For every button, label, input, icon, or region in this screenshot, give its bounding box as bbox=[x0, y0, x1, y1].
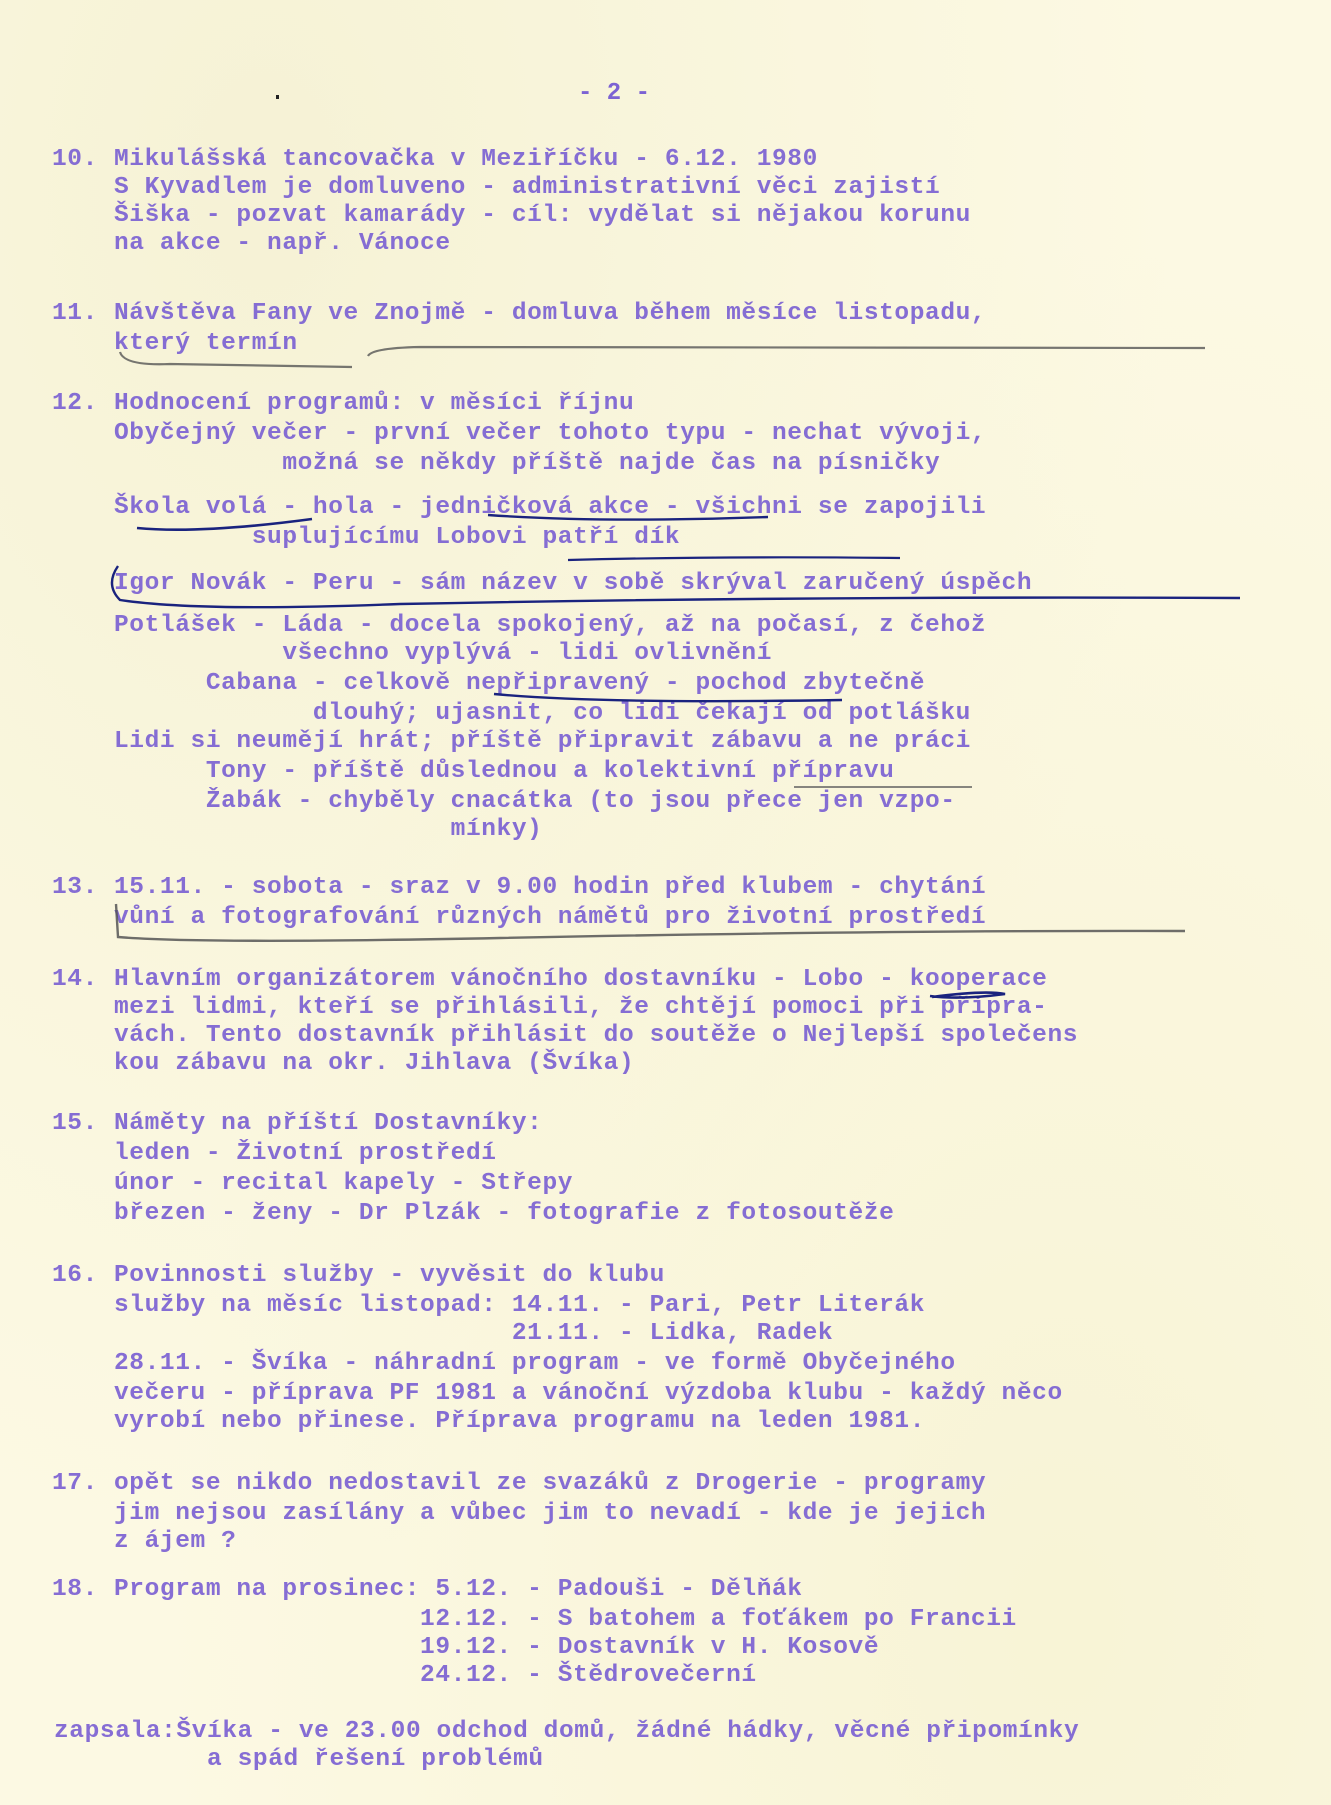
item-12-line-8: všechno vyplývá - lidi ovlivnění bbox=[114, 640, 772, 668]
item-number-13: 13. bbox=[52, 874, 98, 902]
item-16-line-4: 28.11. - Švíka - náhradní program - ve f… bbox=[114, 1350, 956, 1378]
item-number-15: 15. bbox=[52, 1110, 98, 1138]
item-10-line-1: Mikulášská tancovačka v Meziříčku - 6.12… bbox=[114, 146, 818, 174]
item-12-line-14: mínky) bbox=[114, 816, 542, 844]
ink-speck bbox=[276, 95, 279, 99]
item-15-line-4: březen - ženy - Dr Plzák - fotografie z … bbox=[114, 1200, 894, 1228]
item-12-line-4: Škola volá - hola - jedničková akce - vš… bbox=[114, 494, 986, 522]
item-12-line-6: Igor Novák - Peru - sám název v sobě skr… bbox=[114, 570, 1032, 598]
page-number: - 2 - bbox=[578, 80, 650, 107]
item-16-line-3: 21.11. - Lidka, Radek bbox=[114, 1320, 833, 1348]
item-12-line-7: Potlášek - Láda - docela spokojený, až n… bbox=[114, 612, 986, 640]
footer-line-1: zapsala:Švíka - ve 23.00 odchod domů, žá… bbox=[54, 1718, 1079, 1746]
item-12-line-9: Cabana - celkově nepřipravený - pochod z… bbox=[114, 670, 925, 698]
item-number-11: 11. bbox=[52, 300, 98, 328]
item-12-line-12: Tony - příště důslednou a kolektivní pří… bbox=[114, 758, 894, 786]
footer-line-2: a spád řešení problémů bbox=[54, 1746, 544, 1774]
item-13-line-2: vůní a fotografování různých námětů pro … bbox=[114, 904, 986, 932]
item-12-line-11: Lidi si neumějí hrát; příště připravit z… bbox=[114, 728, 971, 756]
item-10-line-3: Šiška - pozvat kamarády - cíl: vydělat s… bbox=[114, 202, 971, 230]
item-14-line-4: kou zábavu na okr. Jihlava (Švíka) bbox=[114, 1050, 634, 1078]
item-12-line-10: dlouhý; ujasnit, co lidi čekají od potlá… bbox=[114, 700, 971, 728]
item-12-line-5: suplujícímu Lobovi patří dík bbox=[114, 524, 680, 552]
item-number-17: 17. bbox=[52, 1470, 98, 1498]
item-13-line-1: 15.11. - sobota - sraz v 9.00 hodin před… bbox=[114, 874, 986, 902]
item-number-14: 14. bbox=[52, 966, 98, 994]
item-11-line-1: Návštěva Fany ve Znojmě - domluva během … bbox=[114, 300, 986, 328]
item-14-line-1: Hlavním organizátorem vánočního dostavní… bbox=[114, 966, 1047, 994]
item-12-line-3: možná se někdy příště najde čas na písni… bbox=[114, 450, 940, 478]
item-number-10: 10. bbox=[52, 146, 98, 174]
item-18-line-2: 12.12. - S batohem a foťákem po Francii bbox=[114, 1606, 1017, 1634]
item-14-line-3: vách. Tento dostavník přihlásit do soutě… bbox=[114, 1022, 1078, 1050]
item-number-12: 12. bbox=[52, 390, 98, 418]
item-10-line-4: na akce - např. Vánoce bbox=[114, 230, 451, 258]
item-18-line-3: 19.12. - Dostavník v H. Kosově bbox=[114, 1634, 879, 1662]
item-17-line-1: opět se nikdo nedostavil ze svazáků z Dr… bbox=[114, 1470, 986, 1498]
item-18-line-1: Program na prosinec: 5.12. - Padouši - D… bbox=[114, 1576, 803, 1604]
item-16-line-5: večeru - příprava PF 1981 a vánoční výzd… bbox=[114, 1380, 1063, 1408]
item-18-line-4: 24.12. - Štědrovečerní bbox=[114, 1662, 757, 1690]
item-12-line-13: Žabák - chyběly cnacátka (to jsou přece … bbox=[114, 788, 956, 816]
item-17-line-2: jim nejsou zasílány a vůbec jim to nevad… bbox=[114, 1500, 986, 1528]
item-number-16: 16. bbox=[52, 1262, 98, 1290]
item-15-line-1: Náměty na příští Dostavníky: bbox=[114, 1110, 542, 1138]
item-15-line-2: leden - Životní prostředí bbox=[114, 1140, 497, 1168]
item-number-18: 18. bbox=[52, 1576, 98, 1604]
pen-underline-patri-dik bbox=[568, 557, 900, 560]
item-12-line-1: Hodnocení programů: v měsíci říjnu bbox=[114, 390, 634, 418]
item-15-line-3: únor - recital kapely - Střepy bbox=[114, 1170, 573, 1198]
item-16-line-2: služby na měsíc listopad: 14.11. - Pari,… bbox=[114, 1292, 925, 1320]
item-16-line-1: Povinnosti služby - vyvěsit do klubu bbox=[114, 1262, 665, 1290]
item-17-line-3: z ájem ? bbox=[114, 1528, 236, 1556]
item-10-line-2: S Kyvadlem je domluveno - administrativn… bbox=[114, 174, 940, 202]
item-11-line-2: který termín bbox=[114, 330, 298, 358]
item-12-line-2: Obyčejný večer - první večer tohoto typu… bbox=[114, 420, 986, 448]
item-16-line-6: vyrobí nebo přinese. Příprava programu n… bbox=[114, 1408, 925, 1436]
item-14-line-2: mezi lidmi, kteří se přihlásili, že chtě… bbox=[114, 994, 1047, 1022]
document-page: - 2 - 10. Mikulášská tancovačka v Meziří… bbox=[0, 0, 1331, 1805]
